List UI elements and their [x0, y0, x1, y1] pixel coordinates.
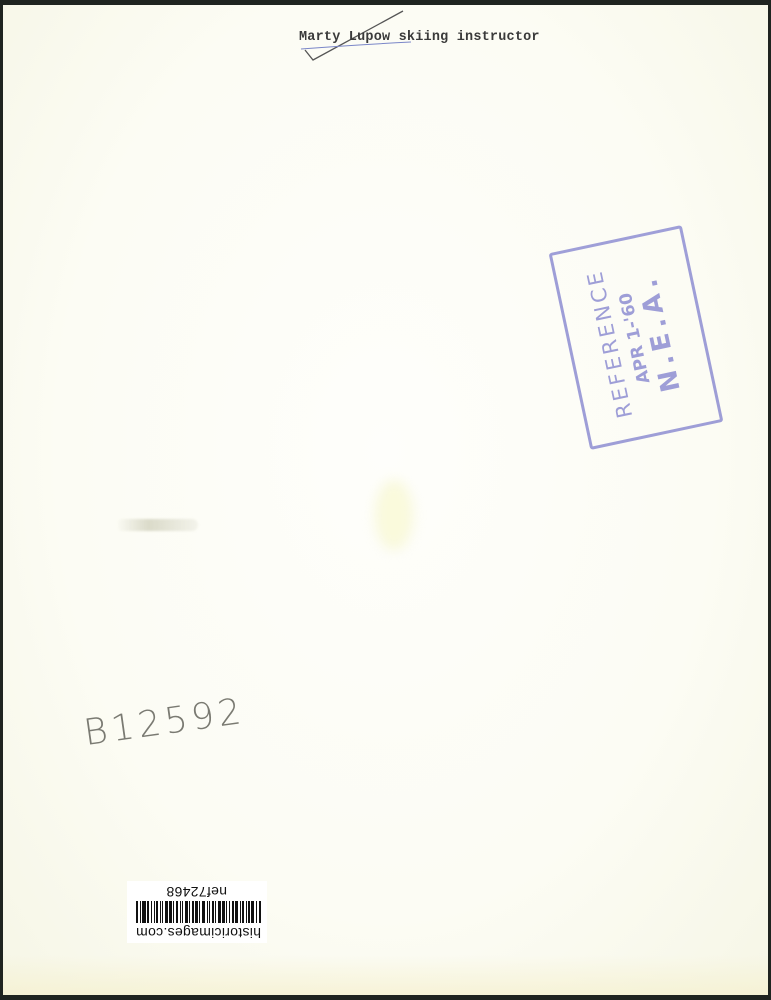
- smudge-mark: [116, 519, 198, 531]
- label-id-text: nef72468: [166, 884, 227, 900]
- handwritten-archive-number: B12592: [81, 691, 247, 754]
- barcode-label: historicimages.com nef72468: [127, 881, 267, 943]
- paper-aging-edge: [3, 955, 768, 995]
- paper-stain: [375, 480, 413, 550]
- barcode-icon: [135, 901, 261, 923]
- label-site-text: historicimages.com: [136, 925, 261, 941]
- photo-back-sheet: Marty Lupow skiing instructor REFERENCE …: [3, 5, 768, 995]
- photo-caption: Marty Lupow skiing instructor: [299, 30, 540, 45]
- reference-stamp: REFERENCE APR 1-'60 N.E.A.: [549, 225, 724, 450]
